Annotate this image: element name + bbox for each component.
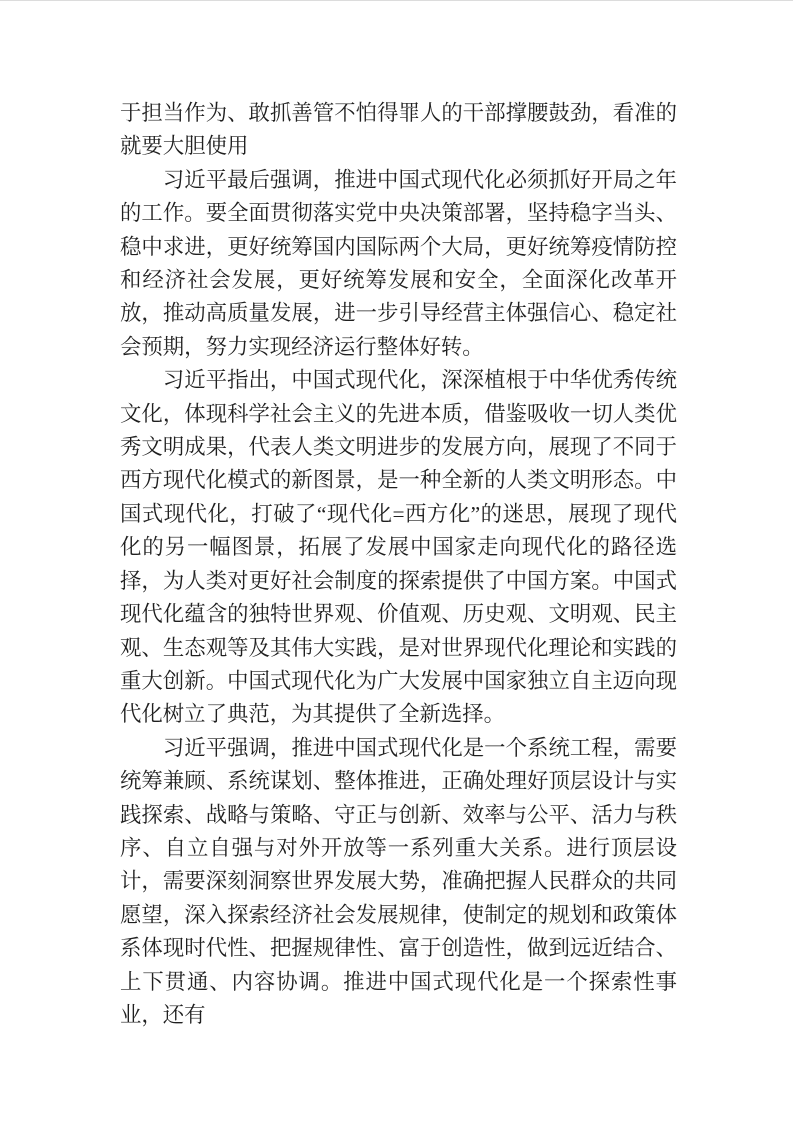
paragraph-2: 习近平最后强调，推进中国式现代化必须抓好开局之年的工作。要全面贯彻落实党中央决策… bbox=[120, 164, 677, 364]
document-text-block: 于担当作为、敢抓善管不怕得罪人的干部撑腰鼓劲，看准的就要大胆使用 习近平最后强调… bbox=[120, 97, 677, 1032]
paragraph-3: 习近平指出，中国式现代化，深深植根于中华优秀传统文化，体现科学社会主义的先进本质… bbox=[120, 364, 677, 731]
paragraph-4: 习近平强调，推进中国式现代化是一个系统工程，需要统筹兼顾、系统谋划、整体推进，正… bbox=[120, 732, 677, 1033]
paragraph-1: 于担当作为、敢抓善管不怕得罪人的干部撑腰鼓劲，看准的就要大胆使用 bbox=[120, 97, 677, 164]
page-top-edge-line bbox=[0, 0, 793, 1]
document-page: 于担当作为、敢抓善管不怕得罪人的干部撑腰鼓劲，看准的就要大胆使用 习近平最后强调… bbox=[0, 0, 793, 1122]
